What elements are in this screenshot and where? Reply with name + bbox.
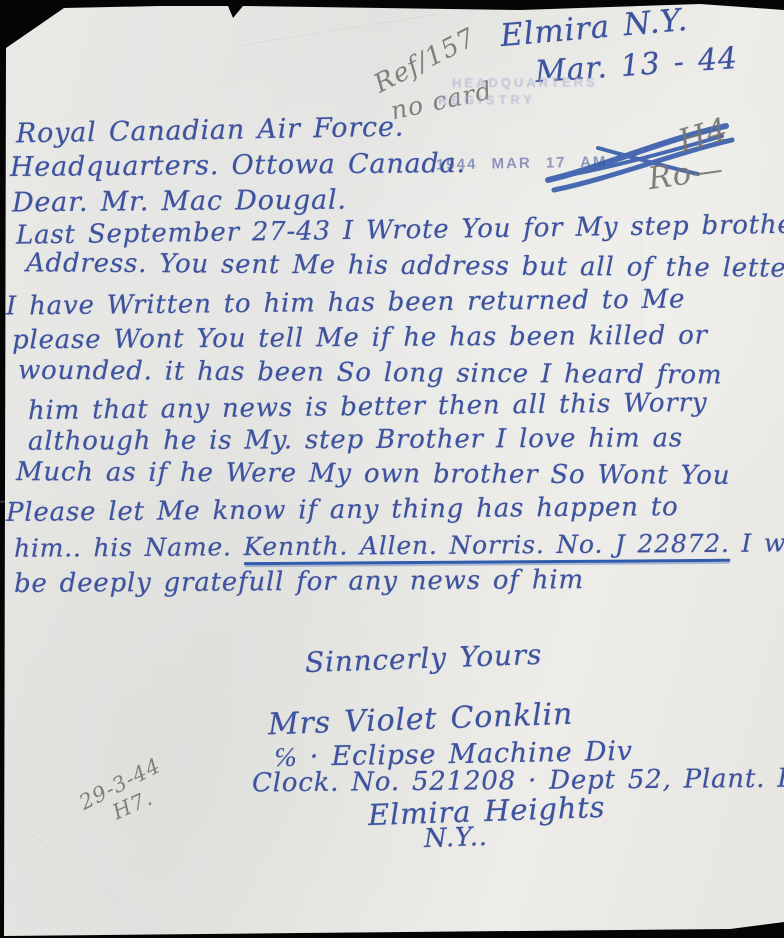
- body-line: although he is My. step Brother I love h…: [28, 423, 683, 456]
- body-line-name: him.. his Name. Kennth. Allen. Norris. N…: [14, 528, 784, 563]
- recipient-line2: Headquarters. Ottowa Canada.: [10, 148, 466, 183]
- body-line: please Wont You tell Me if he has been k…: [12, 321, 708, 356]
- salutation: Dear. Mr. Mac Dougal.: [12, 185, 347, 219]
- body-line: Please let Me know if any thing has happ…: [6, 492, 679, 528]
- name-line-post: I will: [730, 528, 784, 558]
- service-number-underlined: Kennth. Allen. Norris. No. J 22872.: [243, 529, 729, 565]
- registry-stamp-line2: REGISTRY: [438, 90, 598, 108]
- address-line: N.Y..: [423, 822, 488, 854]
- body-line: Address. You sent Me his address but all…: [26, 248, 784, 284]
- scanned-letter-page: Elmira N.Y. Mar. 13 - 44 Ref/157 no card…: [0, 0, 784, 938]
- name-line-pre: him.. his Name.: [14, 532, 244, 563]
- body-line: Much as if he Were My own brother So Won…: [16, 457, 730, 491]
- body-line: wounded. it has been So long since I hea…: [18, 356, 723, 391]
- registry-stamp-line1: HEADQUARTERS: [452, 73, 598, 91]
- body-line: be deeply gratefull for any news of him: [14, 565, 584, 599]
- registry-stamp: HEADQUARTERS REGISTRY: [452, 73, 598, 108]
